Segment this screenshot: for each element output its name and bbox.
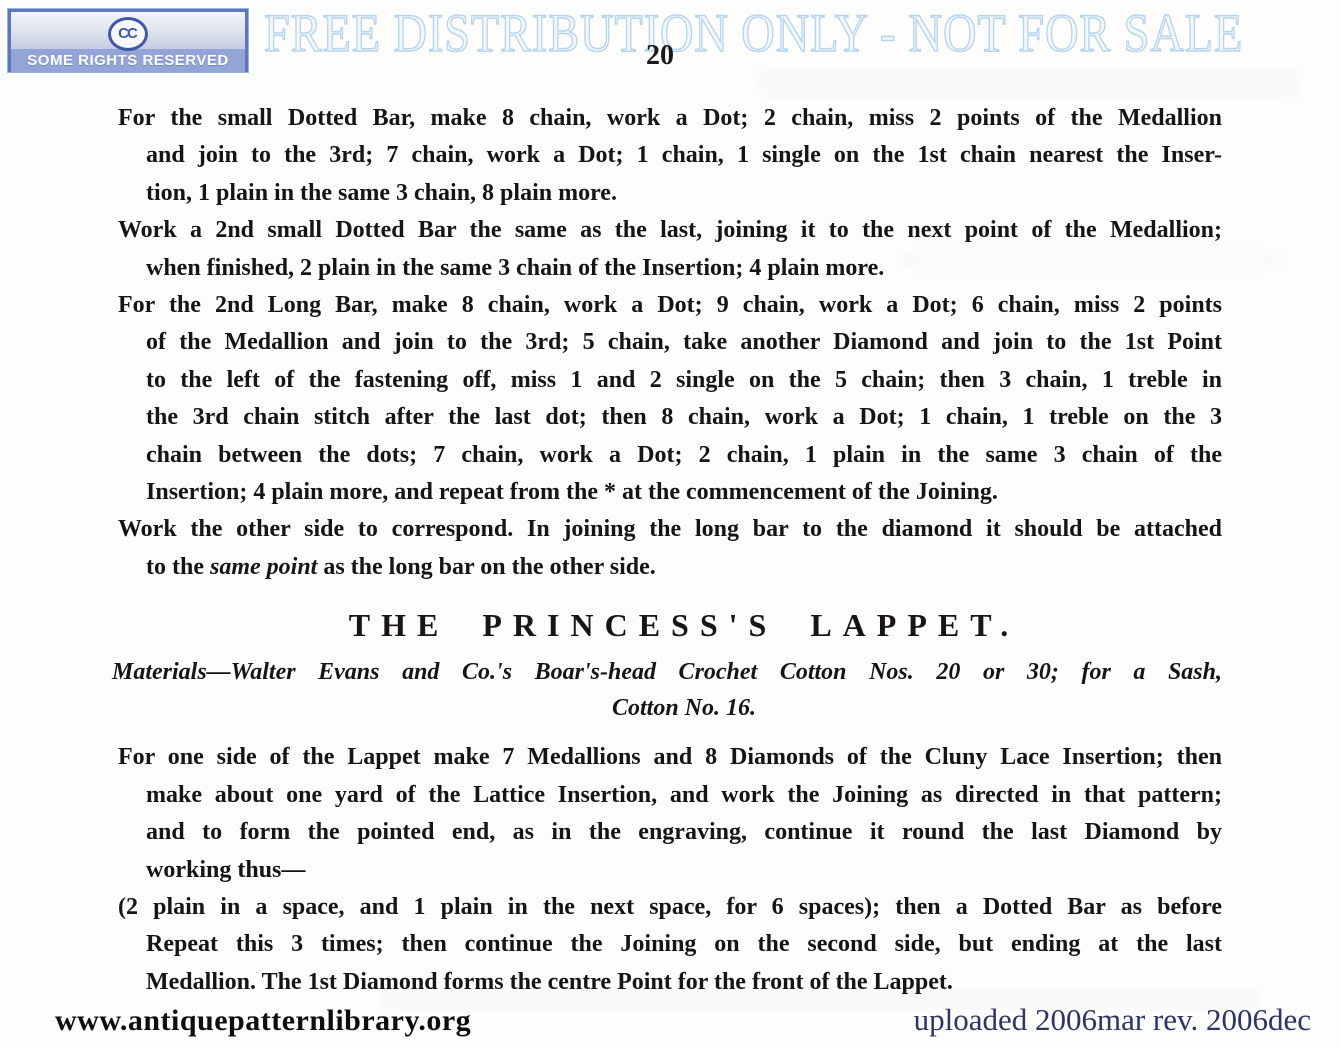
page-body: For the small Dotted Bar, make 8 chain, … (146, 100, 1222, 1001)
text-line: and join to the 3rd; 7 chain, work a Dot… (146, 137, 1222, 174)
materials-line: Materials—Walter Evans and Co.'s Boar's-… (112, 654, 1222, 690)
text-line: For one side of the Lappet make 7 Medall… (118, 739, 1222, 776)
paragraph-small-dotted-bar: For the small Dotted Bar, make 8 chain, … (146, 100, 1222, 212)
text-segment: as the long bar on the other side. (317, 554, 655, 580)
text-line: and to form the pointed end, as in the e… (146, 814, 1222, 851)
library-url-text: www.antiquepatternlibrary.org (55, 1004, 471, 1038)
text-line: Medallion. The 1st Diamond forms the cen… (146, 964, 1222, 1001)
cc-badge-label: SOME RIGHTS RESERVED (11, 49, 245, 72)
materials-line: Cotton No. 16. (146, 690, 1222, 726)
text-line: to the same point as the long bar on the… (146, 549, 1222, 586)
text-line: Repeat this 3 times; then continue the J… (146, 926, 1222, 963)
paragraph-second-dotted-bar: Work a 2nd small Dotted Bar the same as … (146, 212, 1222, 287)
text-line: For the small Dotted Bar, make 8 chain, … (118, 100, 1222, 137)
scan-showthrough-ghost (760, 70, 1300, 96)
text-line: when finished, 2 plain in the same 3 cha… (146, 250, 1222, 287)
creative-commons-badge: CC SOME RIGHTS RESERVED (8, 9, 248, 72)
text-line: to the left of the fastening off, miss 1… (146, 362, 1222, 399)
free-distribution-watermark: FREE DISTRIBUTION ONLY - NOT FOR SALE (264, 2, 1243, 64)
materials-note: Materials—Walter Evans and Co.'s Boar's-… (146, 654, 1222, 726)
text-line: tion, 1 plain in the same 3 chain, 8 pla… (146, 175, 1222, 212)
upload-revision-text: uploaded 2006mar rev. 2006dec (914, 1002, 1311, 1038)
text-segment-italic: same point (210, 554, 317, 580)
text-segment: to the (146, 554, 210, 580)
paragraph-lappet-construction: For one side of the Lappet make 7 Medall… (146, 739, 1222, 889)
text-line: Work the other side to correspond. In jo… (118, 511, 1222, 548)
text-line: Insertion; 4 plain more, and repeat from… (146, 474, 1222, 511)
section-heading-princess-lappet: THE PRINCESS'S LAPPET. (146, 601, 1222, 649)
text-line: the 3rd chain stitch after the last dot;… (146, 399, 1222, 436)
text-line: make about one yard of the Lattice Inser… (146, 777, 1222, 814)
text-line: of the Medallion and join to the 3rd; 5 … (146, 324, 1222, 361)
cc-logo-letters: CC (118, 25, 138, 42)
text-line: chain between the dots; 7 chain, work a … (146, 437, 1222, 474)
paragraph-pointed-end: (2 plain in a space, and 1 plain in the … (146, 889, 1222, 1001)
text-line: (2 plain in a space, and 1 plain in the … (118, 889, 1222, 926)
paragraph-other-side: Work the other side to correspond. In jo… (146, 511, 1222, 586)
cc-logo-icon: CC (108, 17, 148, 51)
text-line: For the 2nd Long Bar, make 8 chain, work… (118, 287, 1222, 324)
page-number: 20 (646, 40, 674, 72)
text-line: working thus— (146, 852, 1222, 889)
cc-badge-top: CC (11, 12, 245, 49)
paragraph-second-long-bar: For the 2nd Long Bar, make 8 chain, work… (146, 287, 1222, 511)
text-line: Work a 2nd small Dotted Bar the same as … (118, 212, 1222, 249)
